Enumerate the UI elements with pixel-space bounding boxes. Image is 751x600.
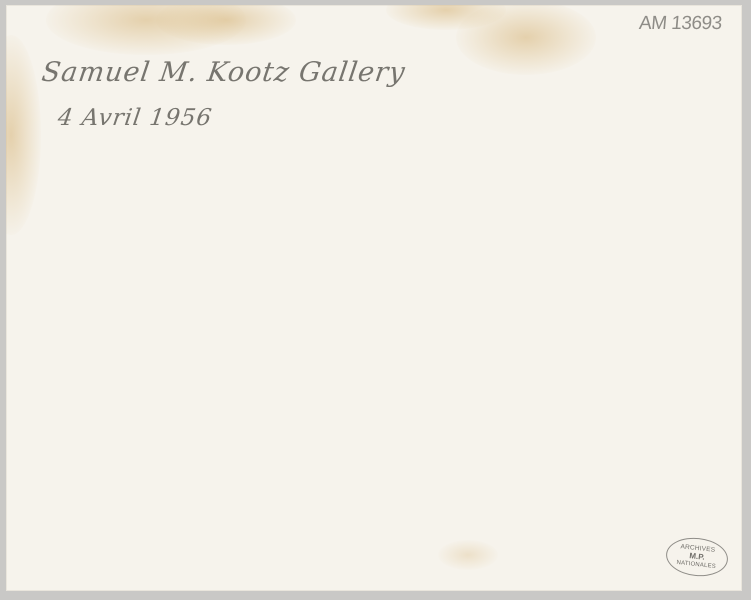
archives-stamp: ARCHIVES M.P. NATIONALES (664, 535, 730, 579)
stamp-line-3: NATIONALES (676, 560, 716, 570)
inventory-number: AM 13693 (638, 13, 723, 35)
foxing-stain-left-edge (6, 35, 41, 235)
handwritten-date: 4 Avril 1956 (56, 105, 214, 131)
photo-verso-paper: Samuel M. Kootz Gallery 4 Avril 1956 AM … (6, 5, 742, 591)
foxing-stain-bottom (438, 540, 498, 570)
stamp-line-2: M.P. (689, 552, 705, 562)
handwritten-gallery-name: Samuel M. Kootz Gallery (40, 57, 408, 88)
